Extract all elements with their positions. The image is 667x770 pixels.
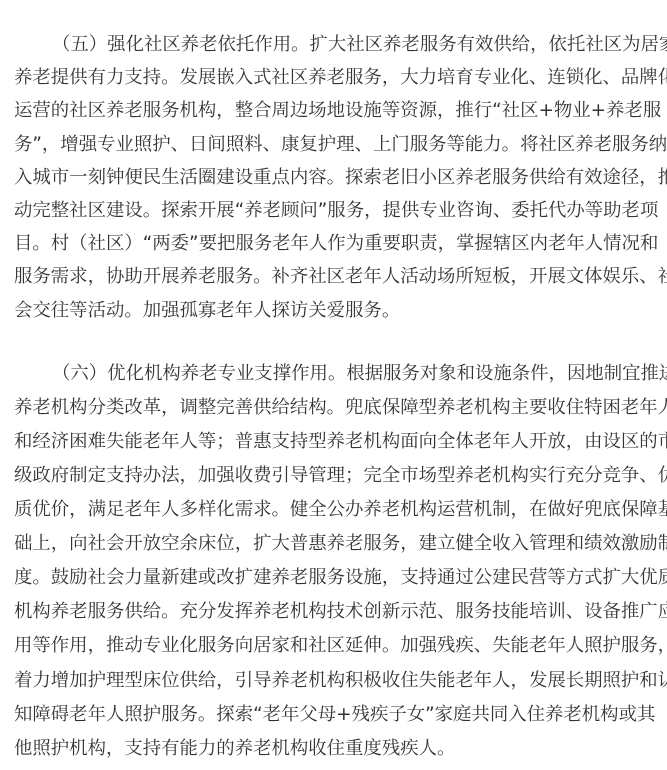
text-line: （五）强化社区养老依托作用。扩大社区养老服务有效供给，依托社区为居家 [14, 28, 654, 61]
text-line: 知障碍老年人照护服务。探索“老年父母+残疾子女”家庭共同入住养老机构或其 [14, 698, 654, 732]
article-body: （五）强化社区养老依托作用。扩大社区养老服务有效供给，依托社区为居家 养老提供有… [14, 28, 654, 766]
text-line: 级政府制定支持办法，加强收费引导管理；完全市场型养老机构实行充分竞争、优 [14, 459, 654, 493]
text-line: 入城市一刻钟便民生活圈建设重点内容。探索老旧小区养老服务供给有效途径，推 [14, 161, 654, 194]
text-line: 养老机构分类改革，调整完善供给结构。兜底保障型养老机构主要收住特困老年人 [14, 391, 654, 425]
text-line: 他照护机构，支持有能力的养老机构收住重度残疾人。 [14, 732, 654, 766]
text-line: 着力增加护理型床位供给，引导养老机构积极收住失能老年人，发展长期照护和认 [14, 664, 654, 698]
text-line: 目。村（社区）“两委”要把服务老年人作为重要职责，掌握辖区内老年人情况和 [14, 227, 654, 260]
paragraph-institutional-elderly-care: （六）优化机构养老专业支撑作用。根据服务对象和设施条件，因地制宜推进 养老机构分… [14, 357, 654, 766]
text-line: 机构养老服务供给。充分发挥养老机构技术创新示范、服务技能培训、设备推广应 [14, 595, 654, 629]
text-line: 会交往等活动。加强孤寡老年人探访关爱服务。 [14, 294, 654, 327]
text-line: 运营的社区养老服务机构，整合周边场地设施等资源，推行“社区+物业+养老服 [14, 94, 654, 127]
text-line: 服务需求，协助开展养老服务。补齐社区老年人活动场所短板，开展文体娱乐、社 [14, 260, 654, 293]
paragraph-community-elderly-care: （五）强化社区养老依托作用。扩大社区养老服务有效供给，依托社区为居家 养老提供有… [14, 28, 654, 327]
text-line: 质优价，满足老年人多样化需求。健全公办养老机构运营机制，在做好兜底保障基 [14, 493, 654, 527]
text-line: （六）优化机构养老专业支撑作用。根据服务对象和设施条件，因地制宜推进 [14, 357, 654, 391]
text-line: 务”，增强专业照护、日间照料、康复护理、上门服务等能力。将社区养老服务纳 [14, 128, 654, 161]
text-line: 养老提供有力支持。发展嵌入式社区养老服务，大力培育专业化、连锁化、品牌化 [14, 61, 654, 94]
text-line: 和经济困难失能老年人等；普惠支持型养老机构面向全体老年人开放，由设区的市 [14, 425, 654, 459]
text-line: 动完整社区建设。探索开展“养老顾问”服务，提供专业咨询、委托代办等助老项 [14, 194, 654, 227]
text-line: 础上，向社会开放空余床位，扩大普惠养老服务，建立健全收入管理和绩效激励制 [14, 527, 654, 561]
text-line: 用等作用，推动专业化服务向居家和社区延伸。加强残疾、失能老年人照护服务， [14, 629, 654, 663]
text-line: 度。鼓励社会力量新建或改扩建养老服务设施，支持通过公建民营等方式扩大优质 [14, 561, 654, 595]
